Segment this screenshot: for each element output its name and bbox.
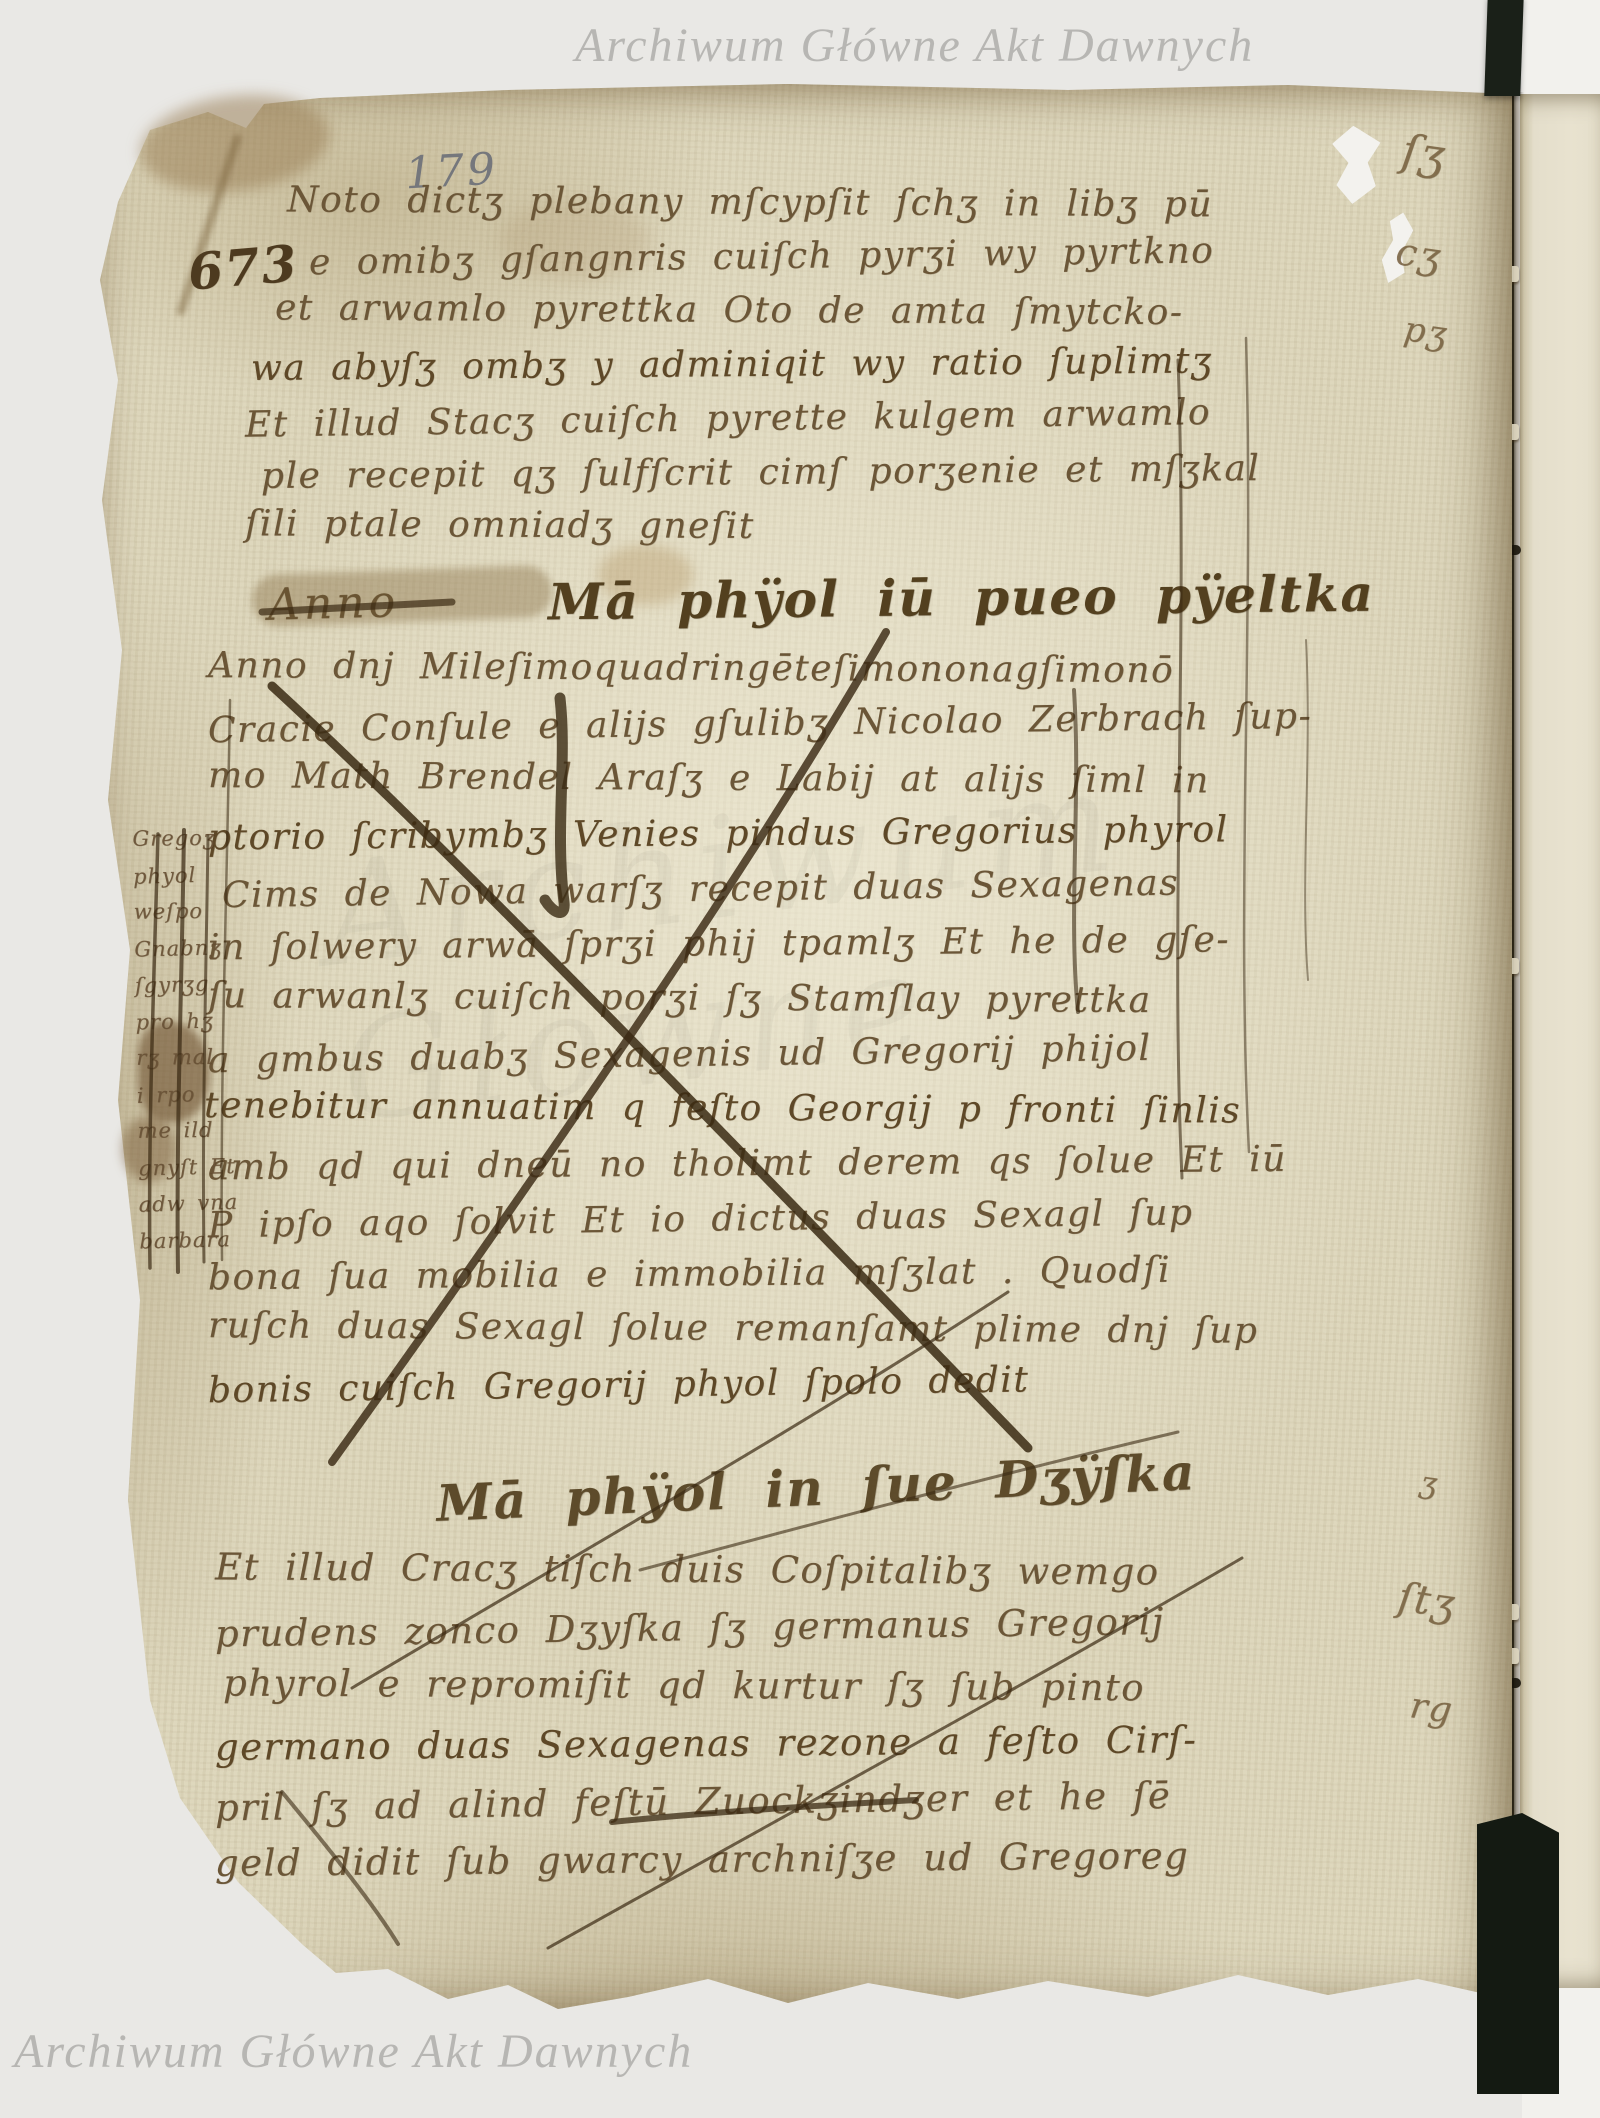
manuscript-line: ple recepit qʒ ſulfſcrit cimſ porʒenie e… <box>261 448 1261 510</box>
manuscript-line: Cracie Conſule e alijs gſulibʒ Nicolao Z… <box>208 696 1313 765</box>
margin-note-line: ſgyrʒg <box>135 970 256 1010</box>
manuscript-line: bonis cuiſch Gregorij phyol ſpolo dedit <box>208 1356 1313 1425</box>
margin-note-line: weſpo <box>134 898 254 936</box>
manuscript-line: ſu arwanlʒ cuiſch porʒi ſʒ Stamſlay pyre… <box>208 975 1313 1036</box>
manuscript-line: Noto dictʒ plebany mſcypſit ſchʒ in libʒ… <box>287 179 1261 238</box>
margin-note-line: barbara <box>139 1226 260 1266</box>
margin-note-line: i rpo <box>136 1080 257 1120</box>
bookmark-ribbon-bottom <box>1477 1813 1559 2094</box>
margin-note-line: Gregoʒ <box>132 825 252 863</box>
manuscript-line: a gmbus duabʒ Sexagenis ud Gregorij phij… <box>208 1026 1313 1095</box>
margin-note-line: rʒ mal <box>136 1044 256 1082</box>
archive-watermark-top: Archiwum Główne Akt Dawnych <box>575 18 1254 73</box>
bookmark-ribbon-top <box>1484 0 1523 96</box>
facing-page-edge <box>1520 94 1600 1988</box>
entry-heading-1: Mā phÿol iū pueo pÿeltka <box>548 564 1375 632</box>
paragraph-1: Noto dictʒ plebany mſcypſit ſchʒ in libʒ… <box>245 182 1260 560</box>
margin-note-line: Gnabnʒ <box>134 934 255 974</box>
manuscript-line: tenebitur annuatim q feſto Georgij p fro… <box>204 1085 1313 1146</box>
bleedthrough-fragment: ſʒ <box>1399 125 1450 182</box>
archive-watermark-bottom: Archiwum Główne Akt Dawnych <box>14 2024 693 2079</box>
margin-note-line: gnyſt Et <box>138 1153 259 1193</box>
manuscript-line: Et illud Cracʒ tiſch duis Coſpitalibʒ we… <box>215 1545 1198 1608</box>
archival-scan: Archiwum Główne 179 673 Noto dictʒ pleba… <box>0 0 1600 2118</box>
bleedthrough-fragment: cʒ <box>1393 229 1444 279</box>
manuscript-line: Anno dnj Mileſimoquadringēteſimononagſim… <box>208 645 1313 706</box>
manuscript-line: bona ſua mobilia e immobilia mſʒlat . Qu… <box>208 1249 1313 1313</box>
manuscript-line: et arwamlo pyrettka Oto de amta ſmytcko- <box>275 287 1261 346</box>
manuscript-line: phyrol e repromiſit qd kurtur ſʒ ſub pin… <box>223 1661 1198 1724</box>
manuscript-line: mo Math Brendel Araſʒ e Labij at alijs ſ… <box>208 755 1313 816</box>
margin-note-line: adw vna <box>138 1189 259 1229</box>
manuscript-line: prudens zonco Dʒyſka ſʒ germanus Gregori… <box>215 1600 1198 1671</box>
margin-note: GregoʒphyolweſpoGnabnʒſgyrʒgpro hʒrʒ mal… <box>132 825 260 1265</box>
manuscript-line: ſili ptale omniadʒ gneſit <box>245 503 1261 562</box>
manuscript-line: germano duas Sexagenas rezone a feſto Ci… <box>215 1718 1198 1784</box>
struck-word-anno: Anno <box>267 576 399 630</box>
paragraph-2: Anno dnj Mileſimoquadringēteſimononagſim… <box>208 648 1312 1418</box>
bleedthrough-fragment: pʒ <box>1401 309 1450 355</box>
margin-note-line: phyol <box>133 861 254 901</box>
manuscript-line: e omibʒ gſangnris cuiſch pyrʒi wy pyrtkn… <box>309 230 1261 296</box>
manuscript-line: ruſch duas Sexagl ſolue remanſamt plime … <box>208 1305 1313 1366</box>
margin-note-line: me ild <box>137 1117 257 1155</box>
bleedthrough-fragment: ſtʒ <box>1395 1574 1459 1628</box>
margin-note-line: pro hʒ <box>135 1007 256 1047</box>
bleedthrough-fragment: rg <box>1407 1685 1456 1732</box>
manuscript-line: geld didit ſub gwarcy archniſʒe ud Grego… <box>215 1834 1198 1900</box>
paragraph-3: Et illud Cracʒ tiſch duis Coſpitalibʒ we… <box>215 1548 1197 1896</box>
manuscript-line: pril ſʒ ad alind feſtū Zuockʒindʒer et h… <box>215 1774 1198 1845</box>
manuscript-line: in ſolwery arwā ſprʒi phij tpamlʒ Et he … <box>208 919 1313 983</box>
